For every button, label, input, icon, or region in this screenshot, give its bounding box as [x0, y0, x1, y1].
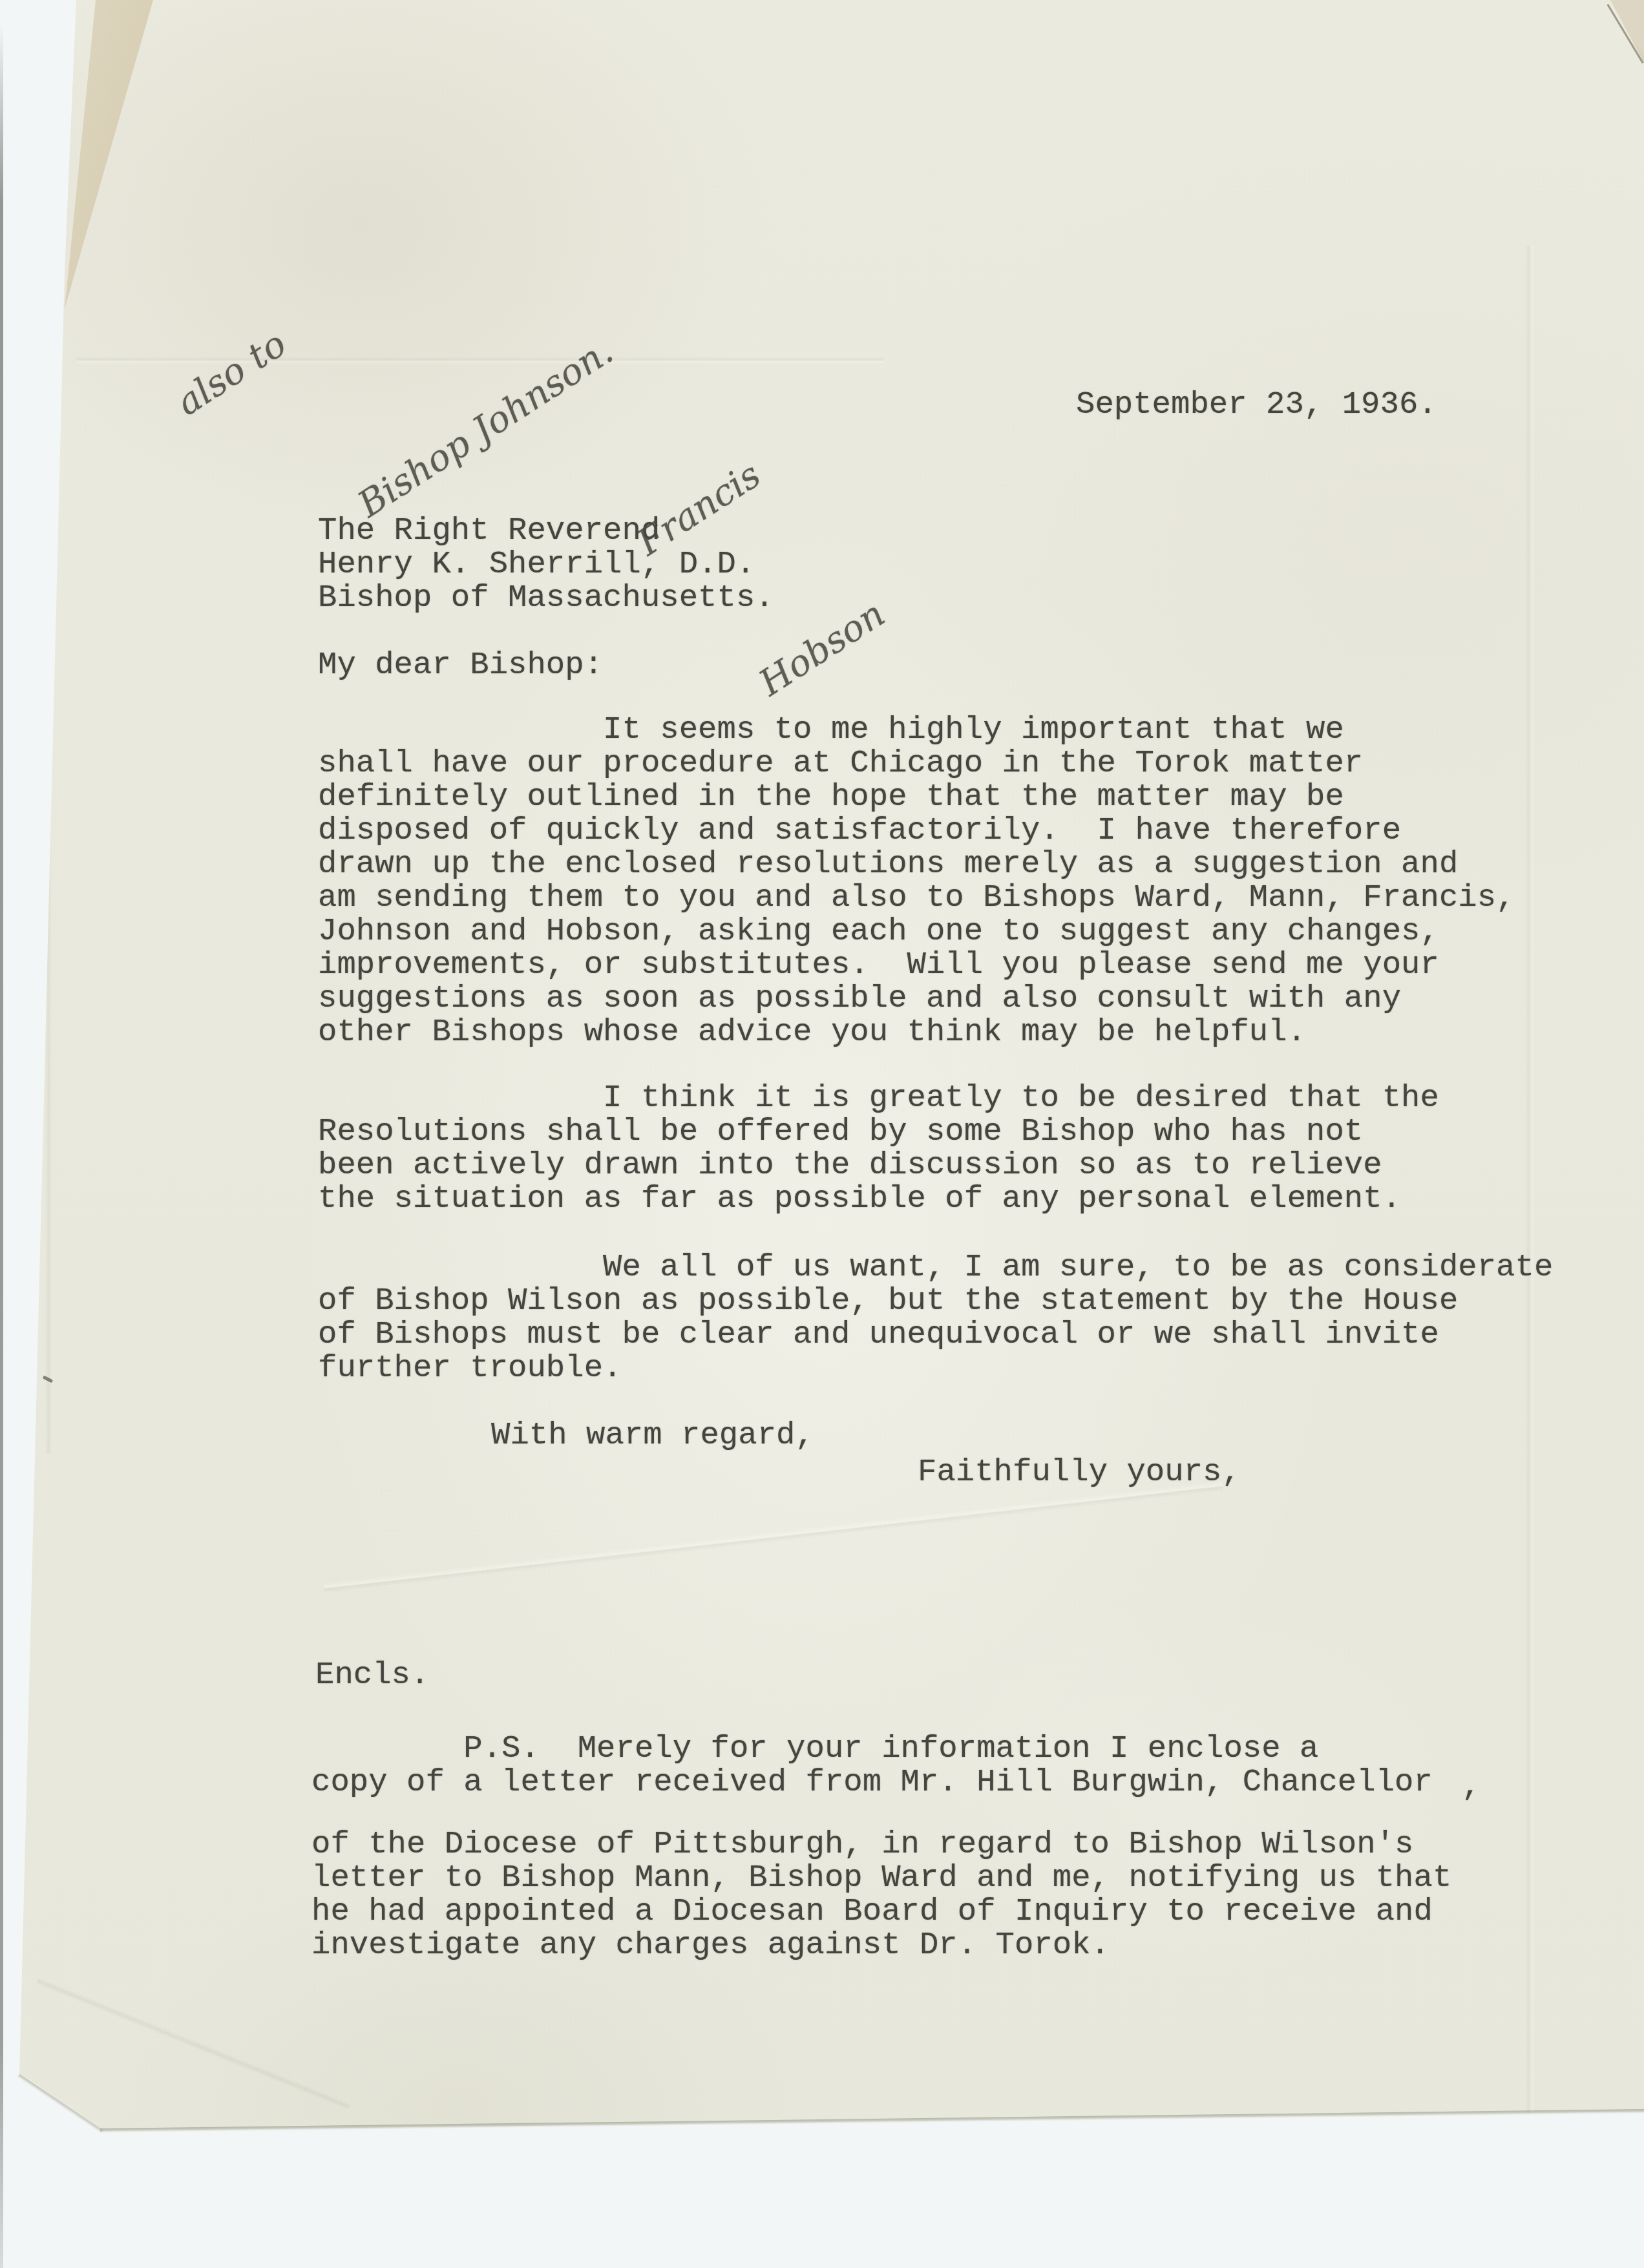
body-paragraph-3: We all of us want, I am sure, to be as c… — [318, 1250, 1553, 1385]
scanner-edge-shadow — [0, 23, 3, 2268]
stray-comma-mark: , — [1462, 1769, 1481, 1803]
postscript-part-2: of the Diocese of Pittsburgh, in regard … — [311, 1827, 1451, 1962]
date-line: September 23, 1936. — [1076, 388, 1437, 421]
crease-vertical-right — [1525, 246, 1535, 2113]
scanned-letter-page: { "scan": { "colors": { "paper": "#eae9d… — [0, 0, 1644, 2268]
postscript-part-1: P.S. Merely for your information I enclo… — [311, 1732, 1433, 1799]
crease-diagonal-bottom-left — [36, 1977, 351, 2110]
crease-diagonal-postscript — [323, 1481, 1223, 1593]
crease-vertical-left — [45, 582, 52, 1454]
pencil-speck — [43, 1376, 53, 1383]
valediction-line: Faithfully yours, — [918, 1455, 1241, 1489]
closing-regard-line: With warm regard, — [491, 1418, 814, 1452]
enclosures-note: Encls. — [315, 1658, 429, 1692]
body-paragraph-2: I think it is greatly to be desired that… — [318, 1081, 1439, 1215]
